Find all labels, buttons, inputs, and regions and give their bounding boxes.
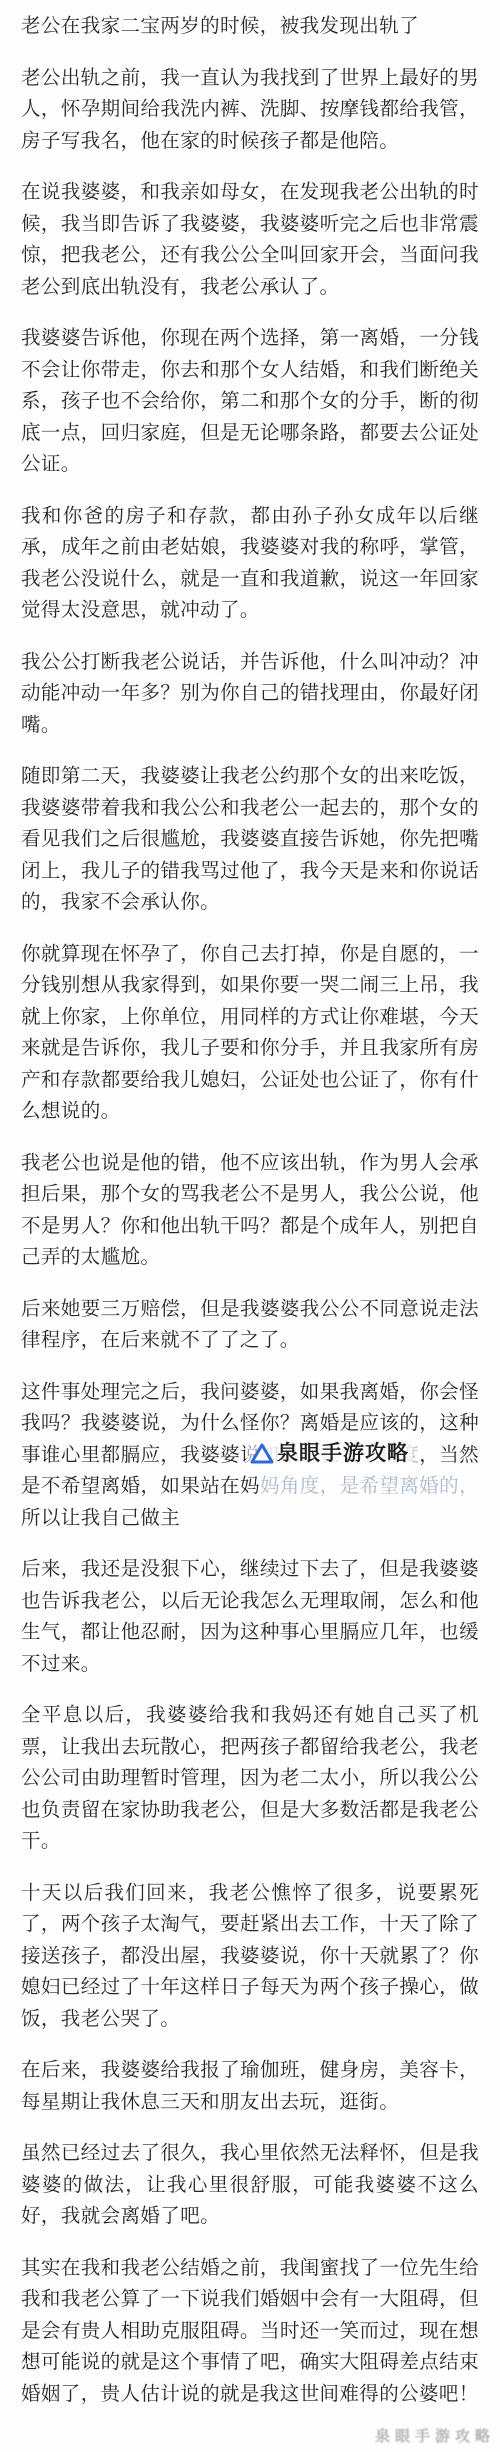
paragraph-2: 老公出轨之前，我一直认为我找到了世界上最好的男人，怀孕期间给我洗内裤、洗脚、按摩… — [21, 62, 479, 157]
paragraph-5: 我和你爸的房子和存款，都由孙子孙女成年以后继承，成年之前由老姑娘，我婆婆对我的称… — [21, 500, 479, 626]
paragraph-6: 我公公打断我老公说话，并告诉他，什么叫冲动？冲动能冲动一年多？别为你自己的错找理… — [21, 646, 479, 741]
paragraph-11-faded-inner: 如果站在妻子角度 — [260, 1443, 419, 1466]
article-content: 老公在我家二宝两岁的时候，被我发现出轨了 老公出轨之前，我一直认为我找到了世界上… — [0, 0, 500, 2415]
paragraph-15: 在后来，我婆婆给我报了瑜伽班，健身房，美容卡，每星期让我休息三天和朋友出去玩，逛… — [21, 2054, 479, 2117]
paragraph-16: 虽然已经过去了很久，我心里依然无法释怀，但是我婆婆的做法，让我心里很舒服，可能我… — [21, 2137, 479, 2232]
paragraph-11: 这件事处理完之后，我问婆婆，如果我离婚，你会怪我吗？我婆婆说，为什么怪你？离婚是… — [21, 1376, 479, 1534]
paragraph-11-faded-text: 如果站在妻子角度泉眼手游攻略 — [260, 1443, 419, 1466]
paragraph-1: 老公在我家二宝两岁的时候，被我发现出轨了 — [21, 10, 479, 42]
paragraph-14: 十天以后我们回来，我老公憔悴了很多，说要累死了，两个孩子太淘气，要赶紧出去工作，… — [21, 1877, 479, 2035]
paragraph-17: 其实在我和我老公结婚之前，我闺蜜找了一位先生给我和我老公算了一下说我们婚姻中会有… — [21, 2252, 479, 2410]
paragraph-10: 后来她要三万赔偿，但是我婆婆我公公不同意说走法律程序，在后来就不了了之了。 — [21, 1293, 479, 1356]
article-page: 老公在我家二宝两岁的时候，被我发现出轨了 老公出轨之前，我一直认为我找到了世界上… — [0, 0, 500, 2452]
paragraph-12: 后来，我还是没狠下心，继续过下去了，但是我婆婆也告诉我老公，以后无论我怎么无理取… — [21, 1553, 479, 1679]
bottom-watermark: 泉眼手游攻略 — [375, 2425, 495, 2446]
paragraph-8: 你就算现在怀孕了，你自己去打掉，你是自愿的，一分钱别想从我家得到，如果你要一哭二… — [21, 938, 479, 1127]
paragraph-11-text-3: 所以让我自己做主 — [21, 1506, 180, 1529]
paragraph-7: 随即第二天，我婆婆让我老公约那个女的出来吃饭，我婆婆带着我和我公公和我老公一起去… — [21, 760, 479, 918]
paragraph-3: 在说我婆婆，和我亲如母女，在发现我老公出轨的时候，我当即告诉了我婆婆，我婆婆听完… — [21, 176, 479, 302]
paragraph-13: 全平息以后，我婆婆给我和我妈还有她自己买了机票，让我出去玩散心，把两孩子都留给我… — [21, 1699, 479, 1857]
paragraph-4: 我婆婆告诉他，你现在两个选择，第一离婚，一分钱不会让你带走，你去和那个女人结婚，… — [21, 322, 479, 480]
paragraph-11-faded-text-2: 妈角度，是希望离婚的， — [260, 1474, 479, 1497]
paragraph-9: 我老公也说是他的错，他不应该出轨，作为男人会承担后果，那个女的骂我老公不是男人，… — [21, 1147, 479, 1273]
